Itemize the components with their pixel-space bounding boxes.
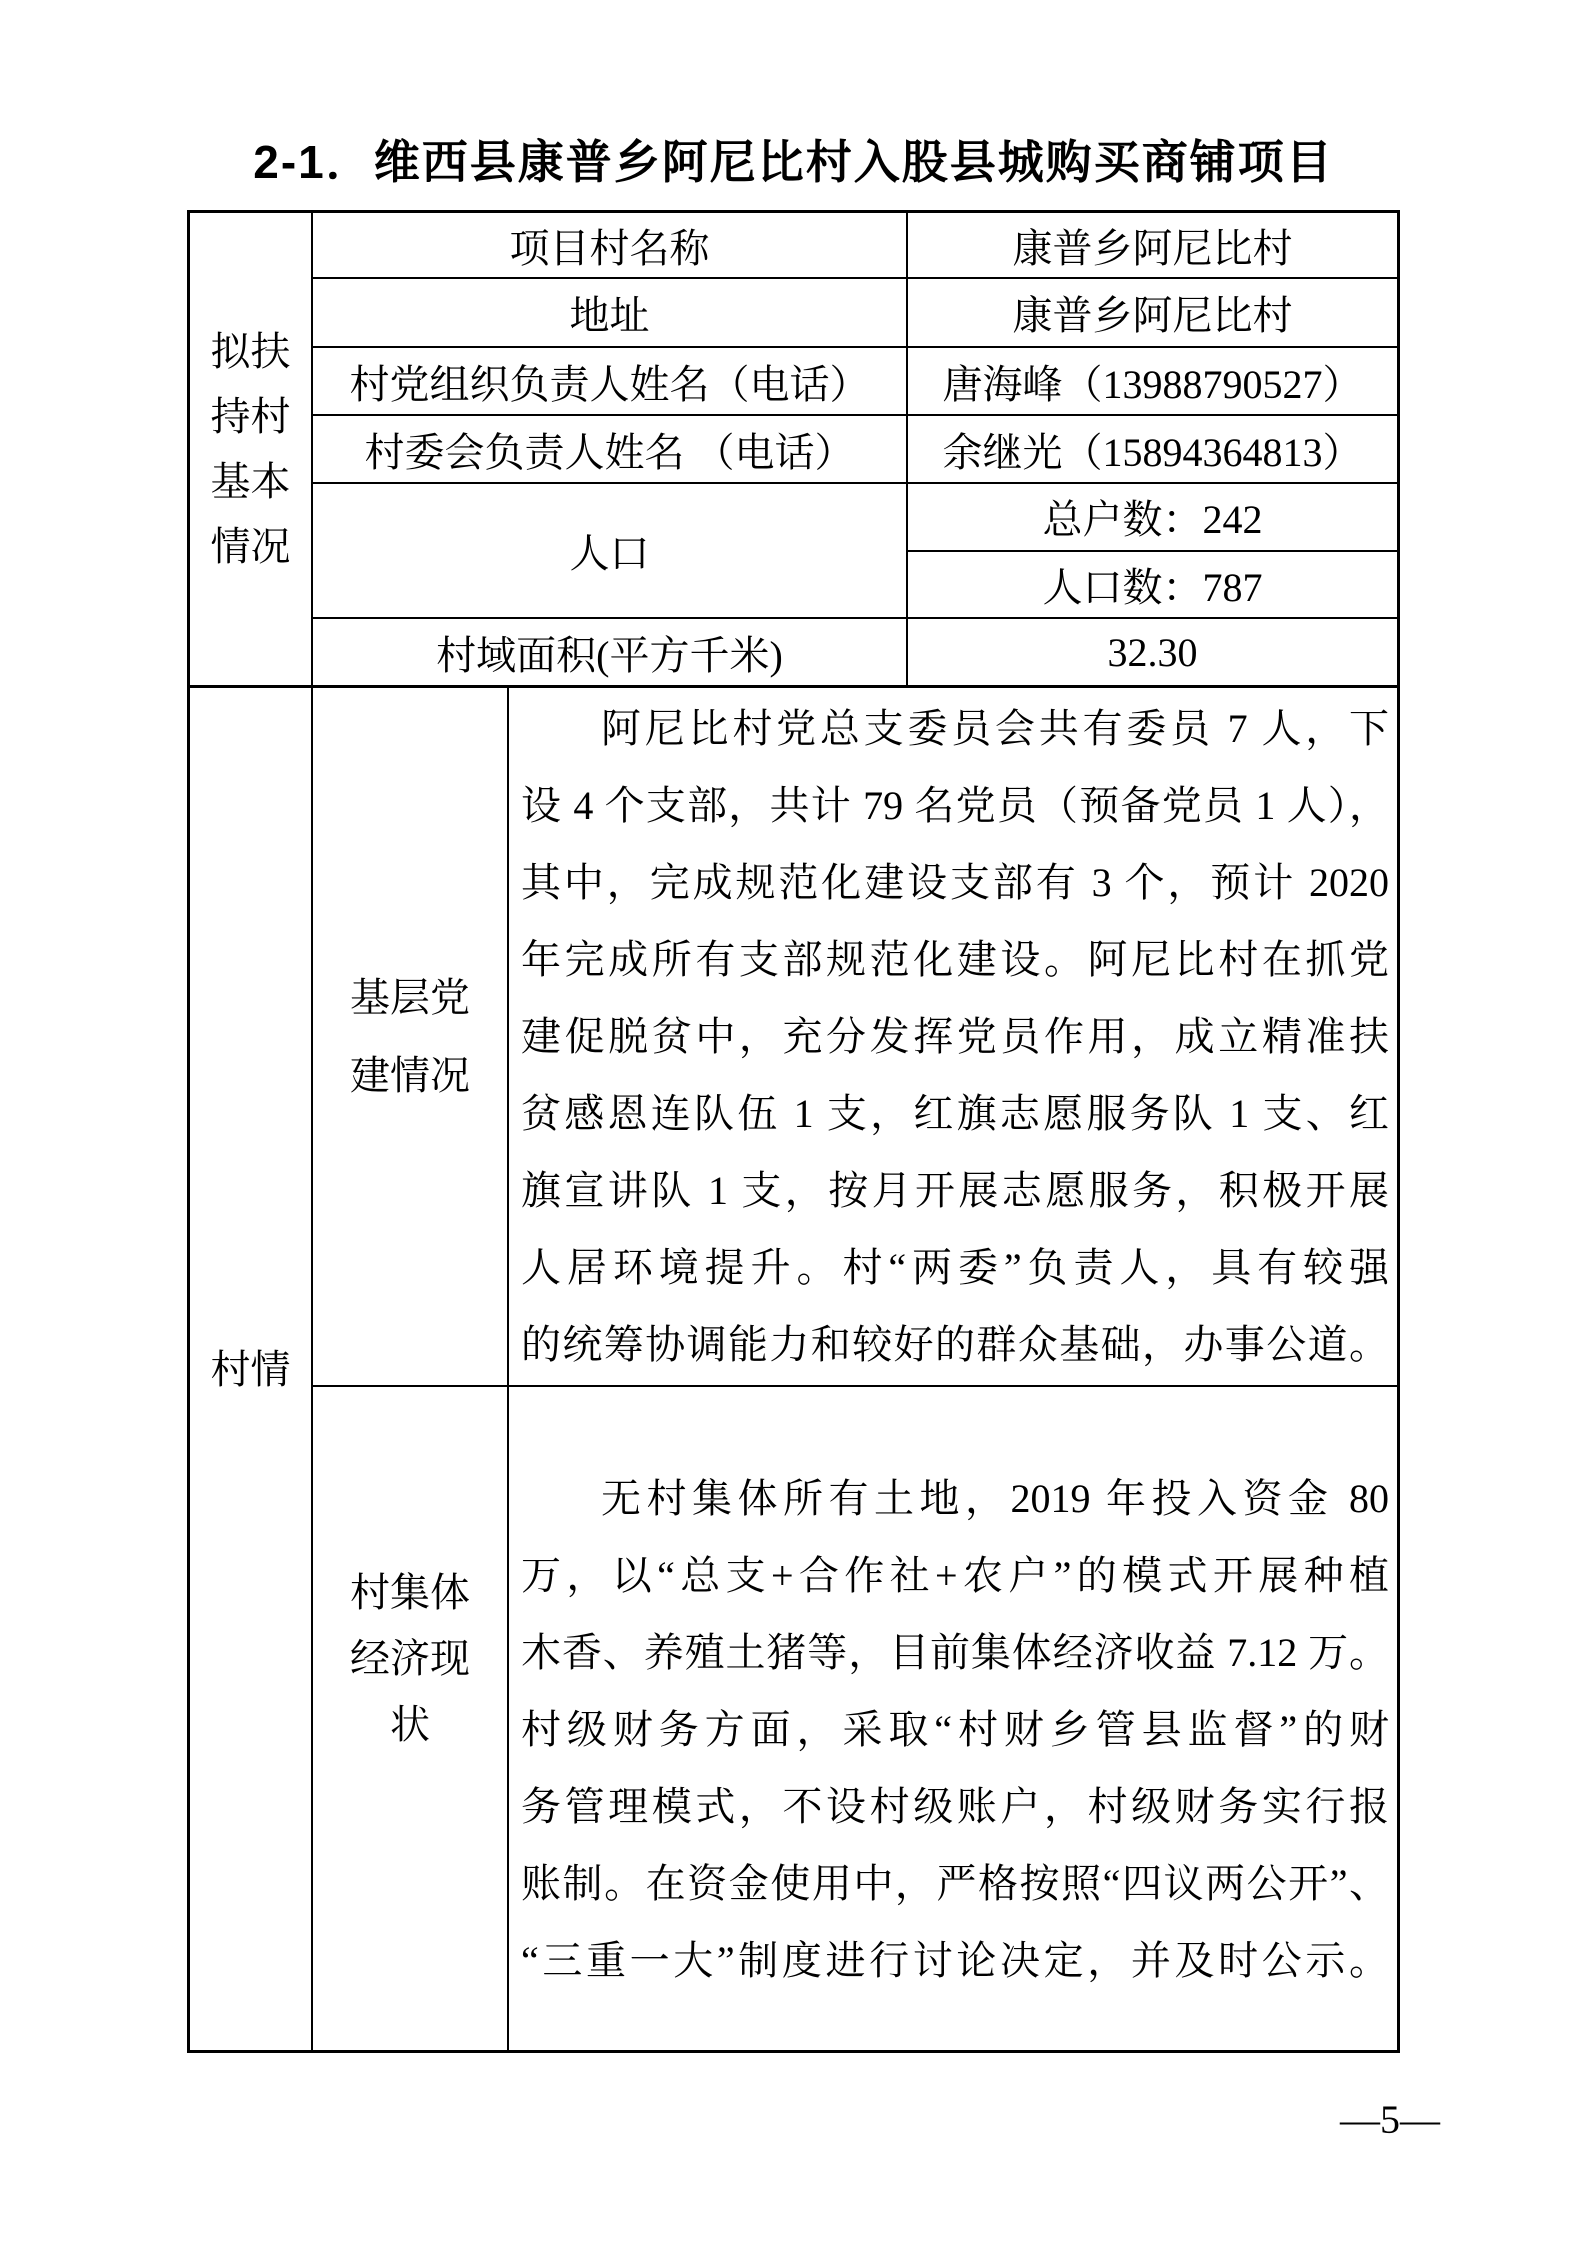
text-line: 村集体 [350,1560,470,1626]
row-label-address: 地址 [313,279,908,346]
table-row: 项目村名称 康普乡阿尼比村 [313,213,1397,277]
row-label-project-village: 项目村名称 [313,213,908,277]
text-line: 状 [390,1692,430,1758]
text-line: 设 4 个支部，共计 79 名党员（预备党员 1 人）， [521,767,1389,844]
text-line: 旗宣讲队 1 支，按月开展志愿服务，积极开展 [521,1152,1389,1229]
text-line: 无村集体所有土地，2019 年投入资金 80 [521,1460,1389,1537]
page-number: —5— [1330,2096,1450,2143]
text-line: 建促脱贫中，充分发挥党员作用，成立精准扶 [521,998,1389,1075]
party-building-label: 基层党建情况 [313,688,509,1385]
table-row: 村域面积(平方千米) 32.30 [313,617,1397,685]
text-line: 人居环境提升。村“两委”负责人，具有较强 [521,1229,1389,1306]
project-info-table: 拟扶持村基本情况 项目村名称 康普乡阿尼比村 地址 康普乡阿尼比村 村党组织负责… [187,210,1400,2053]
village-situation-label: 村情 [190,688,313,2050]
table-row: 村党组织负责人姓名（电话） 唐海峰（13988790527） [313,346,1397,414]
text-line: 基本 [211,449,291,514]
page-title: 2-1．维西县康普乡阿尼比村入股县城购买商铺项目 [0,126,1587,192]
row-value-project-village: 康普乡阿尼比村 [908,213,1397,277]
text-line: 建情况 [350,1037,470,1115]
text-line: 账制。在资金使用中，严格按照“四议两公开”、 [521,1845,1389,1922]
text-line: 木香、养殖土猪等，目前集体经济收益 7.12 万。 [521,1614,1389,1691]
text-line: 拟扶 [211,319,291,384]
party-building-paragraph: 阿尼比村党总支委员会共有委员 7 人，下设 4 个支部，共计 79 名党员（预备… [509,688,1397,1385]
party-building-row: 基层党建情况 阿尼比村党总支委员会共有委员 7 人，下设 4 个支部，共计 79… [313,688,1397,1385]
text-line: 基层党 [350,959,470,1037]
collective-economy-paragraph: 无村集体所有土地，2019 年投入资金 80万，以“总支+合作社+农户”的模式开… [509,1387,1397,2050]
village-situation-label-text: 村情 [211,1337,291,1402]
text-line: 其中，完成规范化建设支部有 3 个，预计 2020 [521,844,1389,921]
basic-info-rows: 项目村名称 康普乡阿尼比村 地址 康普乡阿尼比村 村党组织负责人姓名（电话） 唐… [313,213,1397,685]
table-row-population: 人口 总户数：242 人口数：787 [313,482,1397,617]
text-line: 年完成所有支部规范化建设。阿尼比村在抓党 [521,921,1389,998]
households-value: 总户数：242 [908,484,1397,550]
village-situation-section: 村情 基层党建情况 阿尼比村党总支委员会共有委员 7 人，下设 4 个支部，共计… [190,685,1397,2050]
text-line: 经济现 [350,1626,470,1692]
row-value-address: 康普乡阿尼比村 [908,279,1397,346]
row-label-area: 村域面积(平方千米) [313,619,908,685]
village-situation-rows: 基层党建情况 阿尼比村党总支委员会共有委员 7 人，下设 4 个支部，共计 79… [313,688,1397,2050]
table-row: 地址 康普乡阿尼比村 [313,277,1397,346]
population-values: 总户数：242 人口数：787 [908,484,1397,617]
collective-economy-row: 村集体经济现状 无村集体所有土地，2019 年投入资金 80万，以“总支+合作社… [313,1385,1397,2050]
row-label-committee-head: 村委会负责人姓名 （电话） [313,416,908,482]
text-line: 务管理模式，不设村级账户，村级财务实行报 [521,1768,1389,1845]
text-line: 村级财务方面，采取“村财乡管县监督”的财 [521,1691,1389,1768]
row-value-area: 32.30 [908,619,1397,685]
row-label-party-head: 村党组织负责人姓名（电话） [313,348,908,414]
table-row: 村委会负责人姓名 （电话） 余继光（15894364813） [313,414,1397,482]
row-value-party-head: 唐海峰（13988790527） [908,348,1397,414]
people-count-value: 人口数：787 [908,550,1397,618]
row-label-population: 人口 [313,484,908,617]
collective-economy-label: 村集体经济现状 [313,1387,509,2050]
text-line: “三重一大”制度进行讨论决定，并及时公示。 [521,1922,1389,1999]
text-line: 贫感恩连队伍 1 支，红旗志愿服务队 1 支、红 [521,1075,1389,1152]
row-value-committee-head: 余继光（15894364813） [908,416,1397,482]
text-line: 持村 [211,384,291,449]
text-line: 阿尼比村党总支委员会共有委员 7 人，下 [521,690,1389,767]
basic-info-section-label: 拟扶持村基本情况 [190,213,313,685]
text-line: 情况 [211,514,291,579]
text-line: 的统筹协调能力和较好的群众基础，办事公道。 [521,1306,1389,1383]
text-line: 万，以“总支+合作社+农户”的模式开展种植 [521,1537,1389,1614]
basic-info-section: 拟扶持村基本情况 项目村名称 康普乡阿尼比村 地址 康普乡阿尼比村 村党组织负责… [190,213,1397,685]
